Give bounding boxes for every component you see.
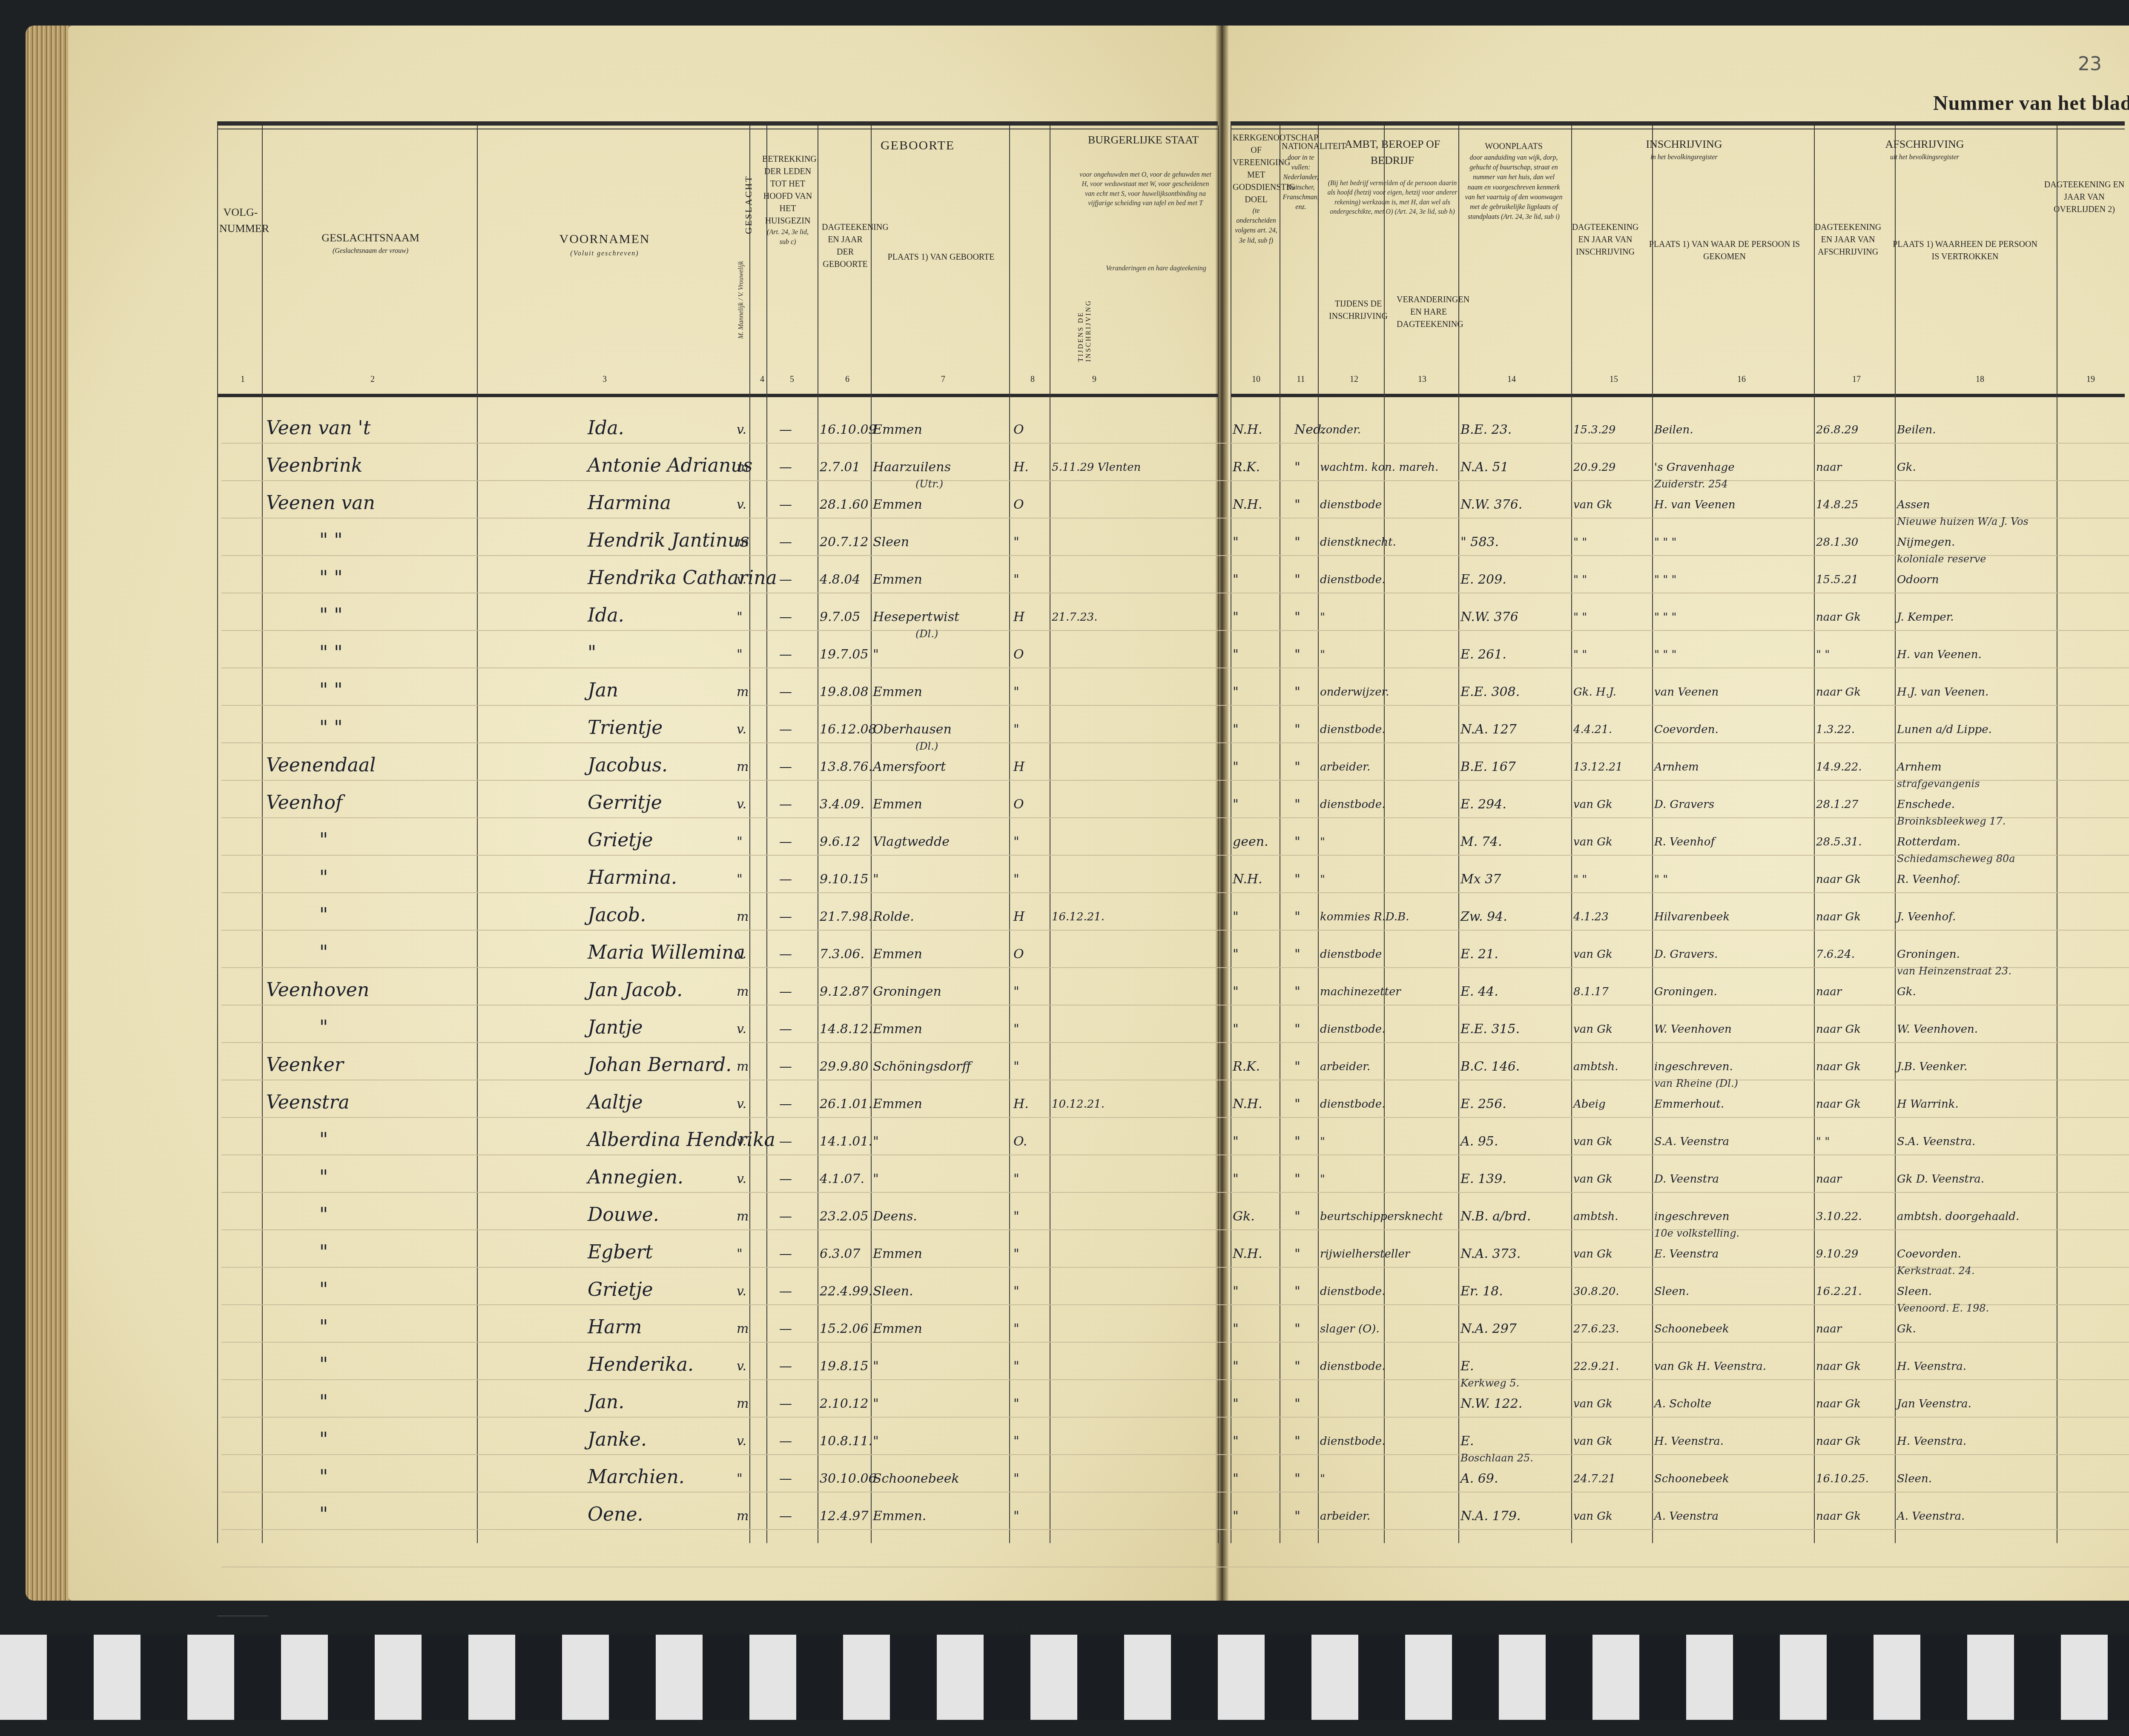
deregistration-to-cell: Rotterdam. (1897, 836, 1960, 848)
registration-from-cell: " " " (1654, 536, 1676, 549)
surname-cell: " (319, 1316, 328, 1338)
given-names-cell: Maria Willemina (588, 942, 745, 963)
deregistration-to-cell: Gk. (1897, 1323, 1916, 1335)
address-cell: E. 139. (1460, 1172, 1506, 1186)
birth-place-cell: Emmen (873, 1321, 922, 1336)
church-cell: " (1233, 1321, 1239, 1336)
surname-cell: " " (319, 604, 342, 626)
church-cell: " (1233, 1359, 1239, 1374)
column-number: 4 (749, 375, 775, 384)
nationality-cell: " (1294, 1097, 1300, 1111)
header-group-geboorte: Geboorte (818, 136, 1018, 155)
deregistration-date-cell: naar (1816, 985, 1842, 998)
relation-cell: — (779, 535, 792, 550)
deregistration-date-cell: 1.3.22. (1816, 723, 1855, 736)
deregistration-date-cell: naar Gk (1816, 1360, 1861, 1373)
calibration-checker-square (1639, 1635, 1686, 1720)
deregistration-to-cell: Gk D. Veenstra. (1897, 1173, 1984, 1186)
relation-cell: — (779, 497, 792, 512)
occupation-cell: dienstbode. (1320, 573, 1385, 586)
civil-status-cell: " (1013, 535, 1019, 550)
sex-cell: m (737, 984, 749, 999)
header-top-thin-rule (217, 129, 1218, 129)
calibration-checker-square (422, 1635, 468, 1720)
header-col-5: Betrekking der leden tot het hoofd van h… (762, 153, 813, 247)
birth-place-cell: Groningen (873, 984, 941, 999)
header-col-4-note: M. Mannelijk / V. Vrouwelijk (737, 247, 762, 353)
relation-cell: — (779, 1284, 792, 1299)
sex-cell: m (737, 685, 749, 699)
registration-date-cell: van Gk (1573, 1248, 1613, 1260)
birth-date-cell: 29.9.80 (820, 1059, 869, 1074)
header-col-16: Plaats 1) van waar de persoon is gekomen (1648, 238, 1801, 263)
calibration-checker-square (749, 1635, 796, 1720)
surname-cell: " (319, 1129, 328, 1151)
column-number: 11 (1288, 375, 1314, 384)
birth-date-cell: 9.10.15 (820, 872, 869, 887)
deregistration-to-cell: J.B. Veenker. (1897, 1060, 1967, 1073)
surname-cell: " (319, 829, 328, 851)
nationality-cell: " (1294, 1209, 1300, 1224)
church-cell: N.H. (1233, 872, 1262, 887)
calibration-checker-square (1733, 1635, 1780, 1720)
footnote-divider (217, 1616, 268, 1616)
relation-cell: — (779, 1359, 792, 1374)
sex-cell: m (737, 909, 749, 924)
relation-cell: — (779, 460, 792, 475)
civil-status-cell: " (1013, 1321, 1019, 1336)
column-number: 5 (779, 375, 805, 384)
column-number: 9 (1082, 375, 1107, 384)
surname-cell: " (319, 1504, 328, 1525)
sex-cell: " (737, 834, 743, 849)
calibration-checker-square (703, 1635, 749, 1720)
civil-status-cell: H (1013, 759, 1024, 774)
sex-cell: m (737, 535, 749, 550)
deregistration-to-cell: H Warrink. (1897, 1098, 1959, 1111)
registration-date-cell: van Gk (1573, 498, 1613, 511)
deregistration-to-cell: S.A. Veenstra. (1897, 1135, 1975, 1148)
calibration-checker-square (1967, 1635, 2014, 1720)
registration-from-cell: D. Veenstra (1654, 1173, 1719, 1186)
church-cell: " (1233, 984, 1239, 999)
relation-cell: — (779, 610, 792, 625)
registration-date-cell: van Gk (1573, 1435, 1613, 1448)
church-cell: " (1233, 1134, 1239, 1149)
birth-place-cell: Emmen (873, 947, 922, 962)
church-cell: R.K. (1233, 1059, 1260, 1074)
surname-cell: Veenendaal (266, 754, 376, 776)
church-cell: " (1233, 685, 1239, 699)
header-burgerlijke-staat-note: voor ongehuwden met O, voor de gehuwden … (1077, 170, 1214, 209)
deregistration-date-cell: naar Gk (1816, 911, 1861, 923)
occupation-cell: dienstbode. (1320, 1285, 1385, 1298)
deregistration-date-cell: naar Gk (1816, 1098, 1861, 1111)
relation-cell: — (779, 1509, 792, 1524)
occupation-cell: " (1320, 1173, 1325, 1186)
registration-from-cell: H. van Veenen (1654, 498, 1735, 511)
surname-cell: Veenker (266, 1054, 344, 1076)
deregistration-date-cell: naar Gk (1816, 1435, 1861, 1448)
registration-from-cell: Arnhem (1654, 761, 1699, 773)
deregistration-to-cell: Sleen. (1897, 1285, 1932, 1298)
surname-cell: Veenhoven (266, 979, 369, 1001)
sex-cell: " (737, 610, 743, 625)
civil-status-cell: O (1013, 647, 1024, 662)
deregistration-to-cell: H. van Veenen. (1897, 648, 1982, 661)
header-col-19: Dagteekening en jaar van overlijden 2) (2044, 179, 2125, 216)
church-cell: N.H. (1233, 1097, 1262, 1111)
surname-cell: " (319, 867, 328, 888)
birth-place-cell: " (873, 1396, 879, 1411)
address-cell: E.E. 308. (1460, 685, 1520, 699)
given-names-cell: Jacobus. (588, 754, 668, 776)
address-cell: E. 44. (1460, 984, 1498, 999)
deregistration-to-cell: H. Veenstra. (1897, 1435, 1966, 1448)
surname-cell: " " (319, 567, 342, 589)
address-cell: B.E. 23. (1460, 422, 1512, 437)
address-cell: E. 261. (1460, 647, 1506, 662)
birth-place-cell: Sleen. (873, 1284, 913, 1299)
calibration-checker-square (2014, 1635, 2061, 1720)
given-names-cell: Antonie Adrianus (588, 455, 752, 476)
handwritten-sheet-number: 23 (2078, 53, 2102, 75)
sex-cell: v. (737, 497, 746, 512)
relation-cell: — (779, 1022, 792, 1037)
relation-cell: — (779, 1246, 792, 1261)
header-col-11: Nationaliteitdoor in te vullen: Nederlan… (1282, 140, 1320, 212)
nationality-cell: " (1294, 722, 1300, 737)
deregistration-date-cell: naar Gk (1816, 1023, 1861, 1036)
occupation-cell: " (1320, 1135, 1325, 1148)
sex-cell: v. (737, 1284, 746, 1299)
given-names-cell: Aaltje (588, 1091, 643, 1113)
deregistration-to-cell: Sleen. (1897, 1472, 1932, 1485)
church-cell: " (1233, 759, 1239, 774)
birth-place-cell: Emmen (873, 497, 922, 512)
occupation-cell: " (1320, 1472, 1325, 1485)
civil-status-cell: O (1013, 422, 1024, 437)
birth-date-cell: 14.8.12. (820, 1022, 872, 1037)
calibration-checker-square (2108, 1635, 2129, 1720)
relation-cell: — (779, 1209, 792, 1224)
column-number: 10 (1243, 375, 1269, 384)
deregistration-to-cell: Arnhem (1897, 761, 1942, 773)
civil-status-cell: O. (1013, 1134, 1027, 1149)
sex-cell: v. (737, 1097, 746, 1111)
column-number: 13 (1409, 375, 1435, 384)
occupation-cell: zonder. (1320, 424, 1361, 436)
deregistration-to-cell: Jan Veenstra. (1897, 1398, 1971, 1410)
surname-cell: Veenbrink (266, 455, 362, 476)
address-cell: N.W. 376. (1460, 497, 1522, 512)
given-names-cell: Jantje (588, 1017, 643, 1038)
given-names-cell: Jan (588, 679, 618, 701)
birth-date-cell: 2.10.12 (820, 1396, 869, 1411)
deregistration-to-cell: ambtsh. doorgehaald. (1897, 1210, 2019, 1223)
deregistration-date-cell: 16.10.25. (1816, 1472, 1869, 1485)
birth-place-cell: Emmen (873, 1246, 922, 1261)
civil-status-cell: O (1013, 947, 1024, 962)
birth-place-cell: Haarzuilens (873, 460, 951, 475)
civil-status-cell: O (1013, 497, 1024, 512)
sex-cell: m (737, 1509, 749, 1524)
civil-status-cell: H. (1013, 460, 1029, 475)
civil-status-cell: " (1013, 572, 1019, 587)
registration-date-cell: " " (1573, 873, 1587, 886)
calibration-checker-square (1874, 1635, 1920, 1720)
registration-from-cell: E. Veenstra (1654, 1248, 1719, 1260)
address-cell: E. 294. (1460, 797, 1506, 812)
surname-cell: " (319, 942, 328, 963)
given-names-cell: Grietje (588, 829, 653, 851)
birth-place-cell: Rolde. (873, 909, 914, 924)
registration-date-cell: " " (1573, 648, 1587, 661)
occupation-cell: rijwielhersteller (1320, 1248, 1410, 1260)
relation-cell: — (779, 797, 792, 812)
address-cell: A. 69. (1460, 1471, 1498, 1486)
registration-date-cell: " " (1573, 536, 1587, 549)
sex-cell: v. (737, 422, 746, 437)
registration-date-cell: van Gk (1573, 1023, 1613, 1036)
sex-cell: v. (737, 1434, 746, 1449)
birth-date-cell: 7.3.06. (820, 947, 864, 962)
column-number: 18 (1967, 375, 1993, 384)
calibration-checker-square (375, 1635, 422, 1720)
birth-place-cell: Emmen (873, 1022, 922, 1037)
nationality-cell: " (1294, 1321, 1300, 1336)
registration-from-cell: Coevorden. (1654, 723, 1719, 736)
given-names-cell: Douwe. (588, 1204, 659, 1226)
column-number: 12 (1341, 375, 1367, 384)
sex-cell: v. (737, 947, 746, 962)
occupation-cell: arbeider. (1320, 1510, 1370, 1523)
church-cell: N.H. (1233, 422, 1262, 437)
calibration-checker-square (1218, 1635, 1265, 1720)
address-cell: E. (1460, 1434, 1474, 1449)
civil-status-cell: O (1013, 797, 1024, 812)
registration-from-cell: A. Scholte (1654, 1398, 1711, 1410)
address-cell: B.E. 167 (1460, 759, 1516, 774)
occupation-cell: dienstbode (1320, 948, 1382, 961)
relation-cell: — (779, 1134, 792, 1149)
civil-status-cell: " (1013, 984, 1019, 999)
registration-from-cell: H. Veenstra. (1654, 1435, 1724, 1448)
birth-date-cell: 19.7.05 (820, 647, 869, 662)
occupation-cell: dienstbode. (1320, 1360, 1385, 1373)
calibration-checker-square (1077, 1635, 1124, 1720)
calibration-checker-square (843, 1635, 890, 1720)
address-cell: Mx 37 (1460, 872, 1501, 887)
nationality-cell: " (1294, 1509, 1300, 1524)
header-top-rule (1231, 121, 2125, 126)
header-col-12: Tijdens de inschrijving (1324, 298, 1392, 323)
birth-date-cell: 16.12.08 (820, 722, 877, 737)
sheet-number-label: Nummer van het blad (1933, 92, 2129, 115)
deregistration-date-cell: 26.8.29 (1816, 424, 1858, 436)
registration-from-cell: ingeschreven. (1654, 1060, 1733, 1073)
registration-from-cell: " " " (1654, 648, 1676, 661)
relation-cell: — (779, 685, 792, 699)
deregistration-date-cell: 3.10.22. (1816, 1210, 1862, 1223)
registration-date-cell: van Gk (1573, 798, 1613, 811)
civil-status-cell: " (1013, 1022, 1019, 1037)
given-names-cell: Jacob. (588, 904, 646, 926)
occupation-cell: machinezetter (1320, 985, 1401, 998)
nationality-cell: " (1294, 1434, 1300, 1449)
birth-place-cell: Emmen (873, 422, 922, 437)
relation-cell: — (779, 1097, 792, 1111)
registration-from-cell: R. Veenhof (1654, 836, 1715, 848)
church-cell: " (1233, 1434, 1239, 1449)
sex-cell: m (737, 460, 749, 475)
surname-cell: Veenstra (266, 1091, 350, 1113)
nationality-cell: " (1294, 1359, 1300, 1374)
column-number: 7 (930, 375, 956, 384)
occupation-cell: dienstbode (1320, 498, 1382, 511)
registration-from-cell: S.A. Veenstra (1654, 1135, 1729, 1148)
surname-cell: " " (319, 642, 342, 664)
birth-place-cell: Vlagtwedde (873, 834, 950, 849)
relation-cell: — (779, 872, 792, 887)
calibration-checker-square (609, 1635, 656, 1720)
given-names-cell: Annegien. (588, 1166, 683, 1188)
birth-date-cell: 10.8.11. (820, 1434, 872, 1449)
birth-date-cell: 15.2.06 (820, 1321, 869, 1336)
birth-place-cell: " (873, 1172, 879, 1186)
relation-cell: — (779, 1434, 792, 1449)
civil-status-cell: H (1013, 909, 1024, 924)
civil-status-cell: " (1013, 872, 1019, 887)
sex-cell: v. (737, 1134, 746, 1149)
header-col-2: Geslachtsnaam(Geslachtsnaam der vrouw) (273, 230, 468, 256)
given-names-cell: Henderika. (588, 1354, 694, 1375)
column-number: 15 (1601, 375, 1627, 384)
given-names-cell: Johan Bernard. (588, 1054, 732, 1076)
church-cell: " (1233, 1396, 1239, 1411)
occupation-cell: slager (O). (1320, 1323, 1380, 1335)
sex-cell: v. (737, 1022, 746, 1037)
header-ambt-note: (Bij het bedrijf vermelden of de persoon… (1324, 179, 1460, 217)
surname-cell: " (319, 1204, 328, 1226)
header-col-13: Veranderingen en hare dagteekening (1397, 294, 1460, 331)
birth-place-cell: Emmen (873, 1097, 922, 1111)
calibration-checker-square (1592, 1635, 1639, 1720)
civil-status-cell: " (1013, 1059, 1019, 1074)
given-names-cell: Jan Jacob. (588, 979, 683, 1001)
given-names-cell: Marchien. (588, 1466, 685, 1488)
sex-cell: v. (737, 572, 746, 587)
given-names-cell: Gerritje (588, 792, 662, 814)
header-col-15: Dagteekening en jaar van inschrijving (1567, 221, 1644, 258)
nationality-cell: " (1294, 984, 1300, 999)
birth-date-cell: 19.8.08 (820, 685, 869, 699)
deregistration-date-cell: 28.1.27 (1816, 798, 1858, 811)
surname-cell: " (319, 904, 328, 926)
address-cell: A. 95. (1460, 1134, 1498, 1149)
sex-cell: m (737, 1321, 749, 1336)
sex-cell: " (737, 1471, 743, 1486)
deregistration-to-cell: Lunen a/d Lippe. (1897, 723, 1992, 736)
occupation-cell: " (1320, 873, 1325, 886)
church-cell: R.K. (1233, 460, 1260, 475)
registration-date-cell: 30.8.20. (1573, 1285, 1619, 1298)
deregistration-date-cell: naar Gk (1816, 1398, 1861, 1410)
address-cell: N.W. 122. (1460, 1396, 1522, 1411)
church-cell: " (1233, 1172, 1239, 1186)
registration-date-cell: Abeig (1573, 1098, 1606, 1111)
calibration-checker-square (515, 1635, 562, 1720)
church-cell: Gk. (1233, 1209, 1255, 1224)
birth-place-cell: " (873, 872, 879, 887)
calibration-checker-square (1124, 1635, 1171, 1720)
deregistration-date-cell: naar (1816, 1323, 1842, 1335)
registration-from-cell: van Gk H. Veenstra. (1654, 1360, 1766, 1373)
occupation-cell: dienstknecht. (1320, 536, 1396, 549)
church-cell: " (1233, 1471, 1239, 1486)
registration-from-cell: W. Veenhoven (1654, 1023, 1732, 1036)
church-cell: " (1233, 947, 1239, 962)
calibration-checker-square (1265, 1635, 1311, 1720)
occupation-cell: onderwijzer. (1320, 686, 1389, 699)
registration-date-cell: ambtsh. (1573, 1210, 1618, 1223)
registration-date-cell: van Gk (1573, 1173, 1613, 1186)
address-cell: E.E. 315. (1460, 1022, 1520, 1037)
given-names-cell: Oene. (588, 1504, 643, 1525)
birth-date-cell: 16.10.09 (820, 422, 877, 437)
nationality-cell: " (1294, 572, 1300, 587)
registration-from-cell: Beilen. (1654, 424, 1693, 436)
calibration-checker-square (47, 1635, 94, 1720)
deregistration-to-cell: Gk. (1897, 985, 1916, 998)
nationality-cell: " (1294, 834, 1300, 849)
nationality-cell: " (1294, 1022, 1300, 1037)
header-col-17: Dagteekening en jaar van afschrijving (1810, 221, 1886, 258)
registration-date-cell: 4.4.21. (1573, 723, 1612, 736)
calibration-checker-square (1920, 1635, 1967, 1720)
deregistration-to-cell: Enschede. (1897, 798, 1955, 811)
sex-cell: v. (737, 797, 746, 812)
church-cell: " (1233, 1022, 1239, 1037)
church-cell: " (1233, 610, 1239, 625)
sex-cell: m (737, 1209, 749, 1224)
given-names-cell: Ida. (588, 604, 624, 626)
deregistration-date-cell: 15.5.21 (1816, 573, 1858, 586)
column-number: 19 (2078, 375, 2103, 384)
column-number: 6 (835, 375, 860, 384)
calibration-checker-square (1546, 1635, 1592, 1720)
given-names-cell: Alberdina Hendrika (588, 1129, 775, 1151)
deregistration-to-cell: H. Veenstra. (1897, 1360, 1966, 1373)
occupation-cell: dienstbode. (1320, 1098, 1385, 1111)
registration-date-cell: 27.6.23. (1573, 1323, 1619, 1335)
relation-cell: — (779, 1396, 792, 1411)
sex-cell: v. (737, 1172, 746, 1186)
registration-from-cell: Schoonebeek (1654, 1323, 1729, 1335)
birth-place-cell: " (873, 647, 879, 662)
nationality-cell: " (1294, 610, 1300, 625)
address-cell: E. 21. (1460, 947, 1498, 962)
header-top-rule (217, 121, 1218, 126)
address-cell: N.B. a/brd. (1460, 1209, 1531, 1224)
registration-from-cell: Sleen. (1654, 1285, 1689, 1298)
registration-date-cell: 13.12.21 (1573, 761, 1623, 773)
relation-cell: — (779, 722, 792, 737)
address-cell: E. 209. (1460, 572, 1506, 587)
registration-date-cell: van Gk (1573, 1510, 1613, 1523)
ruled-line (221, 1567, 2129, 1567)
surname-cell: " (319, 1391, 328, 1413)
